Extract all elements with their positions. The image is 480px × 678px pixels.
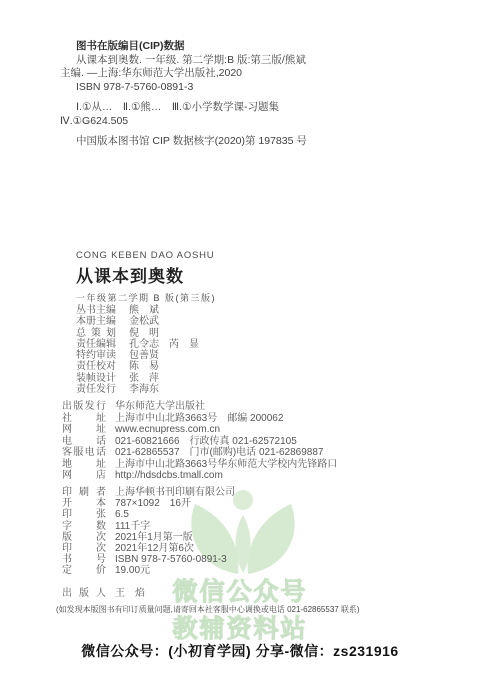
cip-isbn: ISBN 978-7-5760-0891-3 (60, 81, 432, 95)
publisher-label: 出版发行 (62, 401, 106, 413)
credit-label: 责任发行 (76, 384, 116, 395)
cip-classification-line2: Ⅳ.①G624.505 (60, 115, 432, 129)
publisher-person-value: 王 焰 (115, 588, 145, 599)
print-info-value: 上海华顿书刊印刷有限公司 (115, 487, 235, 498)
print-info-label: 书号 (62, 554, 106, 565)
print-info-value: ISBN 978-7-5760-0891-3 (115, 554, 227, 565)
publisher-label: 社址 (62, 413, 106, 425)
cip-block: 图书在版编目(CIP)数据 从课本到奥数. 一年级. 第二学期:B 版:第三版/… (60, 40, 432, 149)
credit-value: 熊 斌 (129, 305, 159, 316)
print-info-label: 版次 (62, 532, 106, 543)
publisher-row: 出版发行华东师范大学出版社 (62, 401, 337, 413)
publisher-person-label: 出版人 (62, 584, 106, 599)
print-info-row: 开本787×1092 16开 (62, 498, 235, 509)
credit-row: 责任发行李海东 (76, 384, 199, 395)
credit-row: 责任校对陈 易 (76, 361, 199, 372)
credit-label: 丛书主编 (76, 305, 116, 316)
publisher-label: 客服电话 (62, 447, 106, 459)
cip-description-line2: 主编. —上海:华东师范大学出版社,2020 (60, 67, 432, 81)
print-info-value: 2021年1月第一版 (115, 532, 193, 543)
print-info-label: 开本 (62, 498, 106, 509)
credits-block: 丛书主编熊 斌 本册主编金松武 总策划倪 明 责任编辑孔令志 芮 显 特约审读包… (76, 305, 199, 395)
print-info-row: 版次2021年1月第一版 (62, 532, 235, 543)
credit-label: 特约审读 (76, 350, 116, 361)
publisher-label: 网址 (62, 424, 106, 436)
cip-classification-line1: Ⅰ.①从… Ⅱ.①熊… Ⅲ.①小学数学课-习题集 (60, 101, 432, 115)
print-info-row: 印次2021年12月第6次 (62, 543, 235, 554)
publisher-row: 客服电话021-62865537 门市(邮购)电话 021-62869887 (62, 447, 337, 459)
publisher-person-row: 出版人王 焰 (62, 584, 145, 599)
print-info-row: 印张6.5 (62, 509, 235, 520)
publisher-value: 上海市中山北路3663号华东师范大学校内先锋路口 (115, 459, 337, 470)
publisher-row: 电话021-60821666 行政传真 021-62572105 (62, 436, 337, 448)
publisher-value: 021-62865537 门市(邮购)电话 021-62869887 (115, 447, 323, 458)
publisher-row: 网址www.ecnupress.com.cn (62, 424, 337, 436)
publisher-value: 华东师范大学出版社 (115, 401, 205, 412)
print-info-label: 印刷者 (62, 487, 106, 498)
print-info-row: 字数111千字 (62, 521, 235, 532)
credit-row: 总策划倪 明 (76, 328, 199, 339)
publisher-value: http://hdsdcbs.tmall.com (115, 470, 223, 481)
credit-label: 本册主编 (76, 316, 116, 327)
title-pinyin: CONG KEBEN DAO AOSHU (76, 250, 216, 261)
print-info-row: 书号ISBN 978-7-5760-0891-3 (62, 554, 235, 565)
publisher-row: 网店http://hdsdcbs.tmall.com (62, 470, 337, 482)
publisher-row: 社址上海市中山北路3663号 邮编 200062 (62, 413, 337, 425)
copyright-page: 微信公众号 教辅资料站 图书在版编目(CIP)数据 从课本到奥数. 一年级. 第… (0, 0, 480, 678)
credit-row: 本册主编金松武 (76, 316, 199, 327)
credit-value: 包善贤 (129, 350, 159, 361)
print-info-value: 6.5 (115, 509, 129, 520)
credit-value: 金松武 (129, 316, 159, 327)
quality-notice: (如发现本版图书有印订质量问题,请寄回本社客服中心调换或电话 021-62865… (56, 604, 448, 615)
title-block: CONG KEBEN DAO AOSHU 从课本到奥数 一年级第二学期 B 版(… (76, 250, 216, 304)
credit-label: 总策划 (76, 328, 116, 339)
credit-label: 责任校对 (76, 361, 116, 372)
credit-value: 陈 易 (129, 361, 159, 372)
credit-value: 孔令志 芮 显 (129, 339, 199, 350)
cip-description-line1: 从课本到奥数. 一年级. 第二学期:B 版:第三版/熊斌 (60, 54, 432, 68)
publisher-row: 地址上海市中山北路3663号华东师范大学校内先锋路口 (62, 459, 337, 471)
credit-row: 丛书主编熊 斌 (76, 305, 199, 316)
publisher-value: www.ecnupress.com.cn (115, 424, 220, 435)
publisher-value: 021-60821666 行政传真 021-62572105 (115, 436, 297, 447)
credit-value: 倪 明 (129, 328, 159, 339)
print-info-label: 印次 (62, 543, 106, 554)
print-info-value: 19.00元 (115, 565, 150, 576)
print-info-row: 印刷者上海华顿书刊印刷有限公司 (62, 487, 235, 498)
print-info-label: 印张 (62, 509, 106, 520)
print-info-label: 字数 (62, 521, 106, 532)
book-title: 从课本到奥数 (76, 262, 216, 287)
publisher-value: 上海市中山北路3663号 邮编 200062 (115, 413, 283, 424)
publisher-label: 电话 (62, 436, 106, 448)
cip-record-number: 中国版本图书馆 CIP 数据核字(2020)第 197835 号 (60, 135, 432, 149)
print-info-value: 787×1092 16开 (115, 498, 191, 509)
credit-label: 责任编辑 (76, 339, 116, 350)
print-info-value: 111千字 (115, 521, 150, 532)
print-info-value: 2021年12月第6次 (115, 543, 194, 554)
print-info-row: 定价19.00元 (62, 565, 235, 576)
print-info-block: 印刷者上海华顿书刊印刷有限公司 开本787×1092 16开 印张6.5 字数1… (62, 487, 235, 577)
publisher-label: 地址 (62, 459, 106, 471)
credit-label: 装帧设计 (76, 373, 116, 384)
footer-wechat-line: 微信公众号：(小初育学园) 分享-微信：zs231916 (0, 641, 480, 661)
print-info-label: 定价 (62, 565, 106, 576)
credit-value: 李海东 (129, 384, 159, 395)
book-subtitle: 一年级第二学期 B 版(第三版) (76, 291, 216, 304)
credit-row: 特约审读包善贤 (76, 350, 199, 361)
publisher-block: 出版发行华东师范大学出版社 社址上海市中山北路3663号 邮编 200062 网… (62, 401, 337, 482)
credit-row: 责任编辑孔令志 芮 显 (76, 339, 199, 350)
credit-row: 装帧设计张 萍 (76, 373, 199, 384)
cip-header: 图书在版编目(CIP)数据 (60, 40, 432, 54)
credit-value: 张 萍 (129, 373, 159, 384)
publisher-label: 网店 (62, 470, 106, 482)
